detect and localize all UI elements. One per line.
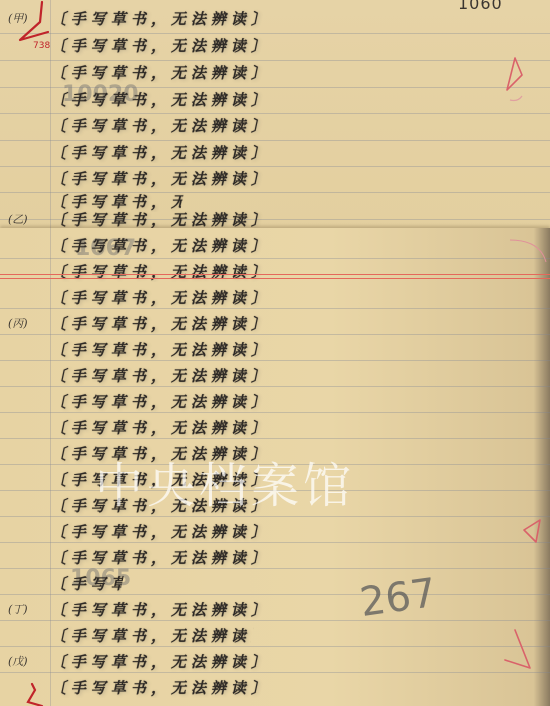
rule-line <box>0 140 550 141</box>
rule-line <box>0 412 550 413</box>
handwritten-line: 〔手写草书，无法辨读〕 <box>50 340 538 360</box>
section-marker-2: (乙) <box>8 210 28 228</box>
handwritten-line: 〔手写草书，无法辨读〕 <box>50 600 538 620</box>
rule-line <box>0 166 550 167</box>
handwritten-line: 〔手写草书，无法辨读〕 <box>50 143 538 163</box>
red-annotation-number: 738 <box>33 41 50 51</box>
rule-line <box>0 516 550 517</box>
section-marker-5: (戊) <box>8 652 28 672</box>
rule-line <box>0 438 550 439</box>
handwritten-line: 〔手写草书，无法辨读〕 <box>50 314 538 334</box>
handwritten-line: 〔手写草书，无法辨读〕 <box>50 288 538 308</box>
rule-line <box>0 113 550 114</box>
handwritten-line: 〔手写草书，无法辨读〕 <box>50 192 184 212</box>
handwritten-line: 〔手写草书，无法辨读〕 <box>50 418 538 438</box>
upper-page-fragment: 1060 10020 (甲) 〔手写草书，无法辨读〕 〔手写草书，无法辨读〕 〔… <box>0 0 550 228</box>
archive-watermark: 中央档案馆 <box>95 447 355 516</box>
handwritten-line: 〔手写草书，无法辨读〕 <box>50 678 538 698</box>
rule-line <box>0 360 550 361</box>
rule-line <box>0 386 550 387</box>
rule-line <box>0 33 550 34</box>
rule-line <box>0 60 550 61</box>
handwritten-line: 〔手写草书，无法辨读〕 <box>50 366 538 386</box>
handwritten-line: 〔手写草书，无法辨读〕 <box>50 652 538 672</box>
section-marker-4: (丁) <box>8 600 28 620</box>
handwritten-line: 〔手写草书，无法辨读〕 <box>50 9 538 29</box>
handwritten-line: 〔手写草书，无法辨读〕 <box>50 116 538 136</box>
handwritten-line: 〔手写草书，无法辨读〕 <box>50 522 538 542</box>
rule-line <box>0 334 550 335</box>
handwritten-line: 〔手写草书，无法辨读〕 <box>50 236 538 256</box>
handwritten-line: 〔手写草书，无法辨读〕 <box>50 548 538 568</box>
handwritten-line: 〔手写草书，无法辨读〕 <box>50 626 254 646</box>
handwritten-line: 〔手写草书，无法辨读〕 <box>50 574 124 594</box>
handwritten-line: 〔手写草书，无法辨读〕 <box>50 392 538 412</box>
handwritten-line: 〔手写草书，无法辨读〕 <box>50 262 538 282</box>
rule-line <box>0 672 550 673</box>
section-marker-3: (丙) <box>8 314 28 334</box>
rule-line <box>0 620 550 621</box>
rule-line <box>0 542 550 543</box>
rule-line <box>0 594 550 595</box>
handwritten-line: 〔手写草书，无法辨读〕 <box>50 63 538 83</box>
rule-line <box>0 308 550 309</box>
handwritten-line: 〔手写草书，无法辨读〕 <box>50 90 538 110</box>
section-marker-1: (甲) <box>8 9 28 29</box>
handwritten-line: 〔手写草书，无法辨读〕 <box>50 210 538 228</box>
handwritten-line: 〔手写草书，无法辨读〕 <box>50 169 538 189</box>
red-double-rule <box>0 274 550 279</box>
margin-rule <box>50 0 51 228</box>
handwritten-line: 〔手写草书，无法辨读〕 <box>50 36 538 56</box>
rule-line <box>0 646 550 647</box>
